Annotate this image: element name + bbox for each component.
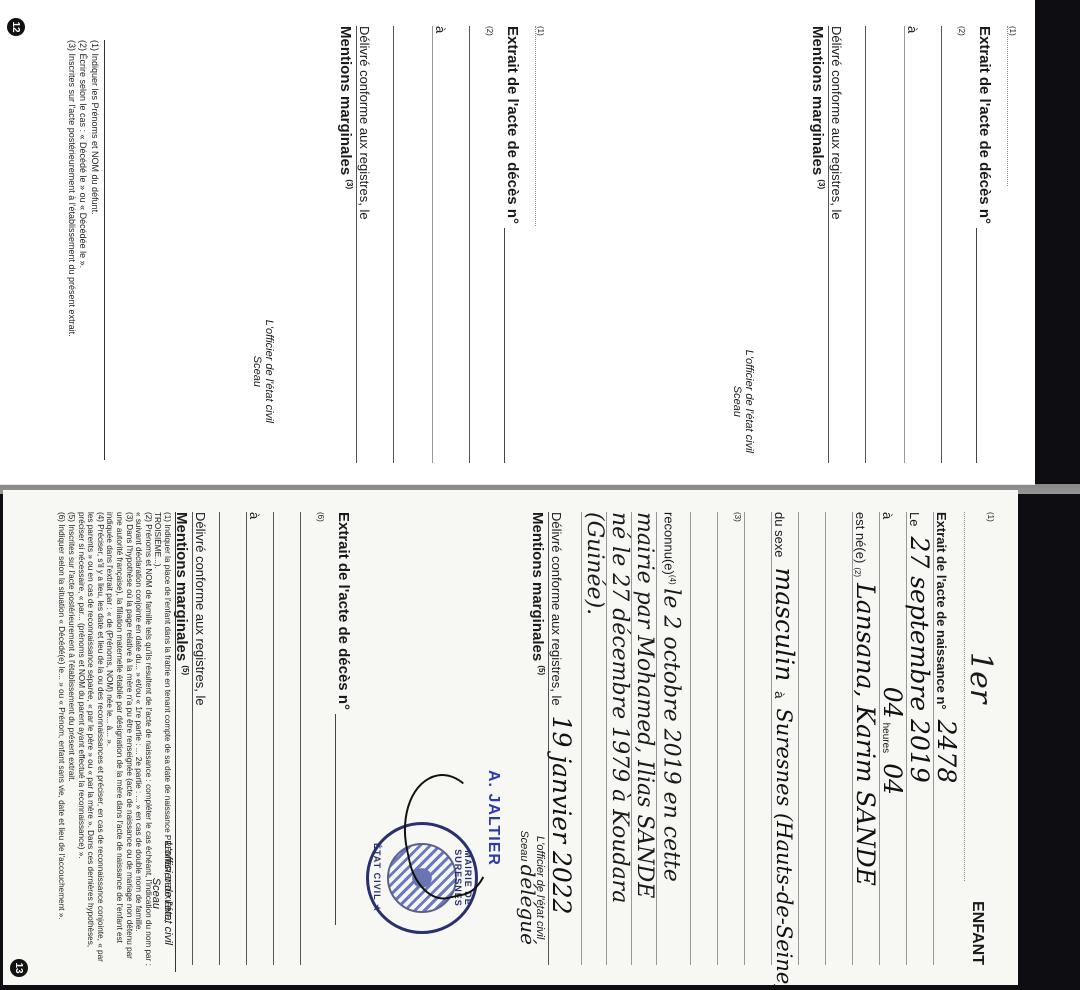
note-ref: (1) [1008, 26, 1017, 36]
footnote: (3) Inscrites sur l'acte postérieurement… [66, 40, 78, 460]
birth-time-row: à 04 heures 04 [879, 512, 904, 965]
a-label: à [905, 26, 920, 37]
birth-place: Suresnes (Hauts-de-Seine) [772, 702, 796, 990]
death-place-row: à [904, 26, 929, 463]
footnote: (6) Indiquer selon la situation « Décédé… [57, 512, 67, 972]
death-info-field: (6) [300, 512, 325, 965]
child-header: (1) 1er ENFANT [964, 512, 1004, 965]
birth-act-title: Extrait de l'acte de naissance n° [934, 512, 949, 714]
page-12: (1) Extrait de l'acte de décès n° (2) à … [0, 0, 1035, 485]
sex-place-row: du sexe masculin à Suresnes (Hauts-de-Se… [771, 512, 796, 965]
officer-signature-block: L'officier de l'état civil Sceau délégué [518, 830, 546, 965]
child-sex: masculin [772, 562, 796, 682]
du-sexe-label: du sexe [772, 512, 787, 562]
child-rank-handwritten: 1er [963, 652, 998, 703]
officer-signature-block: L'officier de l'état civil Sceau [731, 350, 755, 453]
delivered-label: Délivré conforme aux registres, le [193, 512, 208, 710]
hours-label: heures [880, 719, 891, 758]
mentions-heading: Mentions marginales (3) [337, 26, 354, 463]
death-extract-section-2: (1) Extrait de l'acte de décès n° (2) à … [105, 26, 545, 463]
birth-act-number: 2478 [934, 714, 958, 784]
death-act-title: Extrait de l'acte de décès n° [335, 512, 352, 710]
death-act-number-row: Extrait de l'acte de décès n° [335, 512, 352, 965]
recognition-line: reconnu(e)(4) le 2 octobre 2019 en cette [656, 512, 684, 965]
birth-date-row: Le 27 septembre 2019 [906, 512, 931, 965]
officer-signature-block: L'officier de l'état civil Sceau [251, 320, 275, 423]
death-place-row: à [246, 512, 271, 965]
child-header-label: ENFANT [964, 881, 986, 965]
footnote: (5) Inscrites sur l'acte postérieurement… [66, 512, 76, 972]
stamp-area: A. JALTIER MAIRIE DE SURESNES ÉTAT CIVIL… [348, 512, 518, 965]
recognition-text: né le 27 décembre 1979 à Koudara [606, 512, 631, 965]
note-ref: (4) [668, 575, 677, 585]
death-act-title: Extrait de l'acte de décès n° [504, 26, 521, 224]
birth-extract: Extrait de l'acte de naissance n° 2478 L… [348, 512, 958, 965]
footnote: (2) Prénoms et NOM de famille tels qu'il… [134, 512, 153, 972]
a-label: à [772, 681, 787, 702]
death-act-number-row: Extrait de l'acte de décès n° [976, 26, 993, 463]
mentions-heading: Mentions marginales (3) [809, 26, 826, 463]
footnote: (1) Indiquer la place de l'enfant dans l… [153, 512, 172, 972]
delivered-label: Délivré conforme aux registres, le [549, 512, 564, 710]
note-ref: (2) [957, 26, 966, 36]
mentions-officer-row: Mentions marginales (5) L'officier de l'… [518, 512, 546, 965]
note-ref: (2) [485, 26, 494, 36]
footnote: (2) Écrire selon le cas : « Décédé le » … [77, 40, 89, 460]
a-label: à [247, 512, 262, 523]
delivered-row: Délivré conforme aux registres, le [192, 512, 217, 965]
death-act-number-field [335, 714, 336, 925]
note-ref: (1) [986, 512, 995, 522]
deceased-name-field: (1) [535, 26, 545, 226]
death-extract: Extrait de l'acte de décès n° (6) à Déli… [150, 512, 352, 965]
note-ref: (2) [853, 567, 862, 577]
blank-line [865, 26, 890, 463]
recognition-text: (Guinée). [581, 512, 606, 965]
page-13: (1) 1er ENFANT Extrait de l'acte de nais… [3, 490, 1018, 985]
seal-label: Sceau [731, 350, 743, 453]
delivered-row: Délivré conforme aux registres, le 19 ja… [548, 512, 573, 965]
est-ne-label: est né(e) [853, 512, 868, 567]
death-date-field: (2) [469, 26, 494, 463]
footnote: (1) Indiquer les Prénoms et NOM du défun… [89, 40, 101, 460]
officer-label: L'officier de l'état civil [743, 350, 755, 453]
page-number-badge: 12 [7, 18, 25, 36]
note-ref: (5) [181, 665, 190, 675]
death-date-field: (2) [941, 26, 966, 463]
death-act-number-field [976, 228, 977, 463]
blank-line [798, 512, 823, 965]
delivered-row: Délivré conforme aux registres, le [356, 26, 381, 463]
death-act-title: Extrait de l'acte de décès n° [976, 26, 993, 224]
note-ref: (1) [536, 26, 545, 36]
birth-date: 27 septembre 2019 [907, 530, 931, 782]
death-extract-section-1: (1) Extrait de l'acte de décès n° (2) à … [545, 26, 1017, 463]
child-names-row: est né(e) (2) Lansana, Karim SANDE [852, 512, 877, 965]
death-act-number-row: Extrait de l'acte de décès n° [504, 26, 521, 463]
a-label: à [880, 512, 895, 523]
birth-hours: 04 [880, 681, 904, 719]
blank-line [690, 512, 715, 965]
footnote: (3) Dans l'hypothèse où la page relative… [105, 512, 134, 972]
birth-act-number-row: Extrait de l'acte de naissance n° 2478 [933, 512, 958, 965]
le-label: Le [907, 512, 922, 530]
reconnu-label: reconnu(e) [662, 512, 677, 575]
a-label: à [433, 26, 448, 37]
blank-line [393, 26, 418, 463]
delivered-label: Délivré conforme aux registres, le [829, 26, 844, 224]
note-ref: (3) [817, 179, 826, 189]
blank-line [825, 512, 850, 965]
seal-label: Sceau [251, 320, 263, 423]
officer-label: L'officier de l'état civil [263, 320, 275, 423]
note-ref: (3) [733, 512, 742, 522]
footnote: (4) Préciser, s'il y a lieu, les date et… [76, 512, 105, 972]
note-ref: (6) [316, 512, 325, 522]
child-names: Lansana, Karim SANDE [853, 577, 877, 886]
mentions-heading: Mentions marginales (5) [518, 512, 546, 675]
stamp-text-bottom: ÉTAT CIVIL ★ [371, 825, 382, 931]
mentions-label: Mentions marginales [809, 26, 826, 175]
delivered-date: 19 janvier 2022 [549, 710, 573, 915]
note-ref: (5) [537, 665, 546, 675]
blank-line [219, 512, 244, 965]
death-act-number-field [504, 228, 505, 463]
seal-label: Sceau [518, 830, 530, 861]
note-ref: (3) [345, 179, 354, 189]
child-rank-field: (1) 1er [964, 512, 995, 881]
delivered-label: Délivré conforme aux registres, le [357, 26, 372, 224]
mother-filiation-field: (3) [717, 512, 742, 965]
footnotes: (1) Indiquer la place de l'enfant dans l… [57, 512, 176, 972]
blank-line [273, 512, 298, 965]
page-number-badge: 13 [10, 959, 28, 977]
deceased-name-field: (1) [1007, 26, 1017, 186]
blank-line [744, 512, 769, 965]
footnotes: (1) Indiquer les Prénoms et NOM du défun… [66, 40, 106, 460]
mentions-label: Mentions marginales [337, 26, 354, 175]
recognition-block: reconnu(e)(4) le 2 octobre 2019 en cette… [581, 512, 684, 965]
birth-minutes: 04 [880, 757, 904, 965]
death-place-row: à [432, 26, 457, 463]
recognition-text: le 2 octobre 2019 en cette [659, 588, 684, 882]
mentions-label: Mentions marginales [529, 512, 546, 661]
recognition-text: mairie par Mohamed, Ilias SANDE [631, 512, 656, 965]
officer-handwritten: délégué [516, 865, 540, 945]
delivered-row: Délivré conforme aux registres, le [828, 26, 853, 463]
